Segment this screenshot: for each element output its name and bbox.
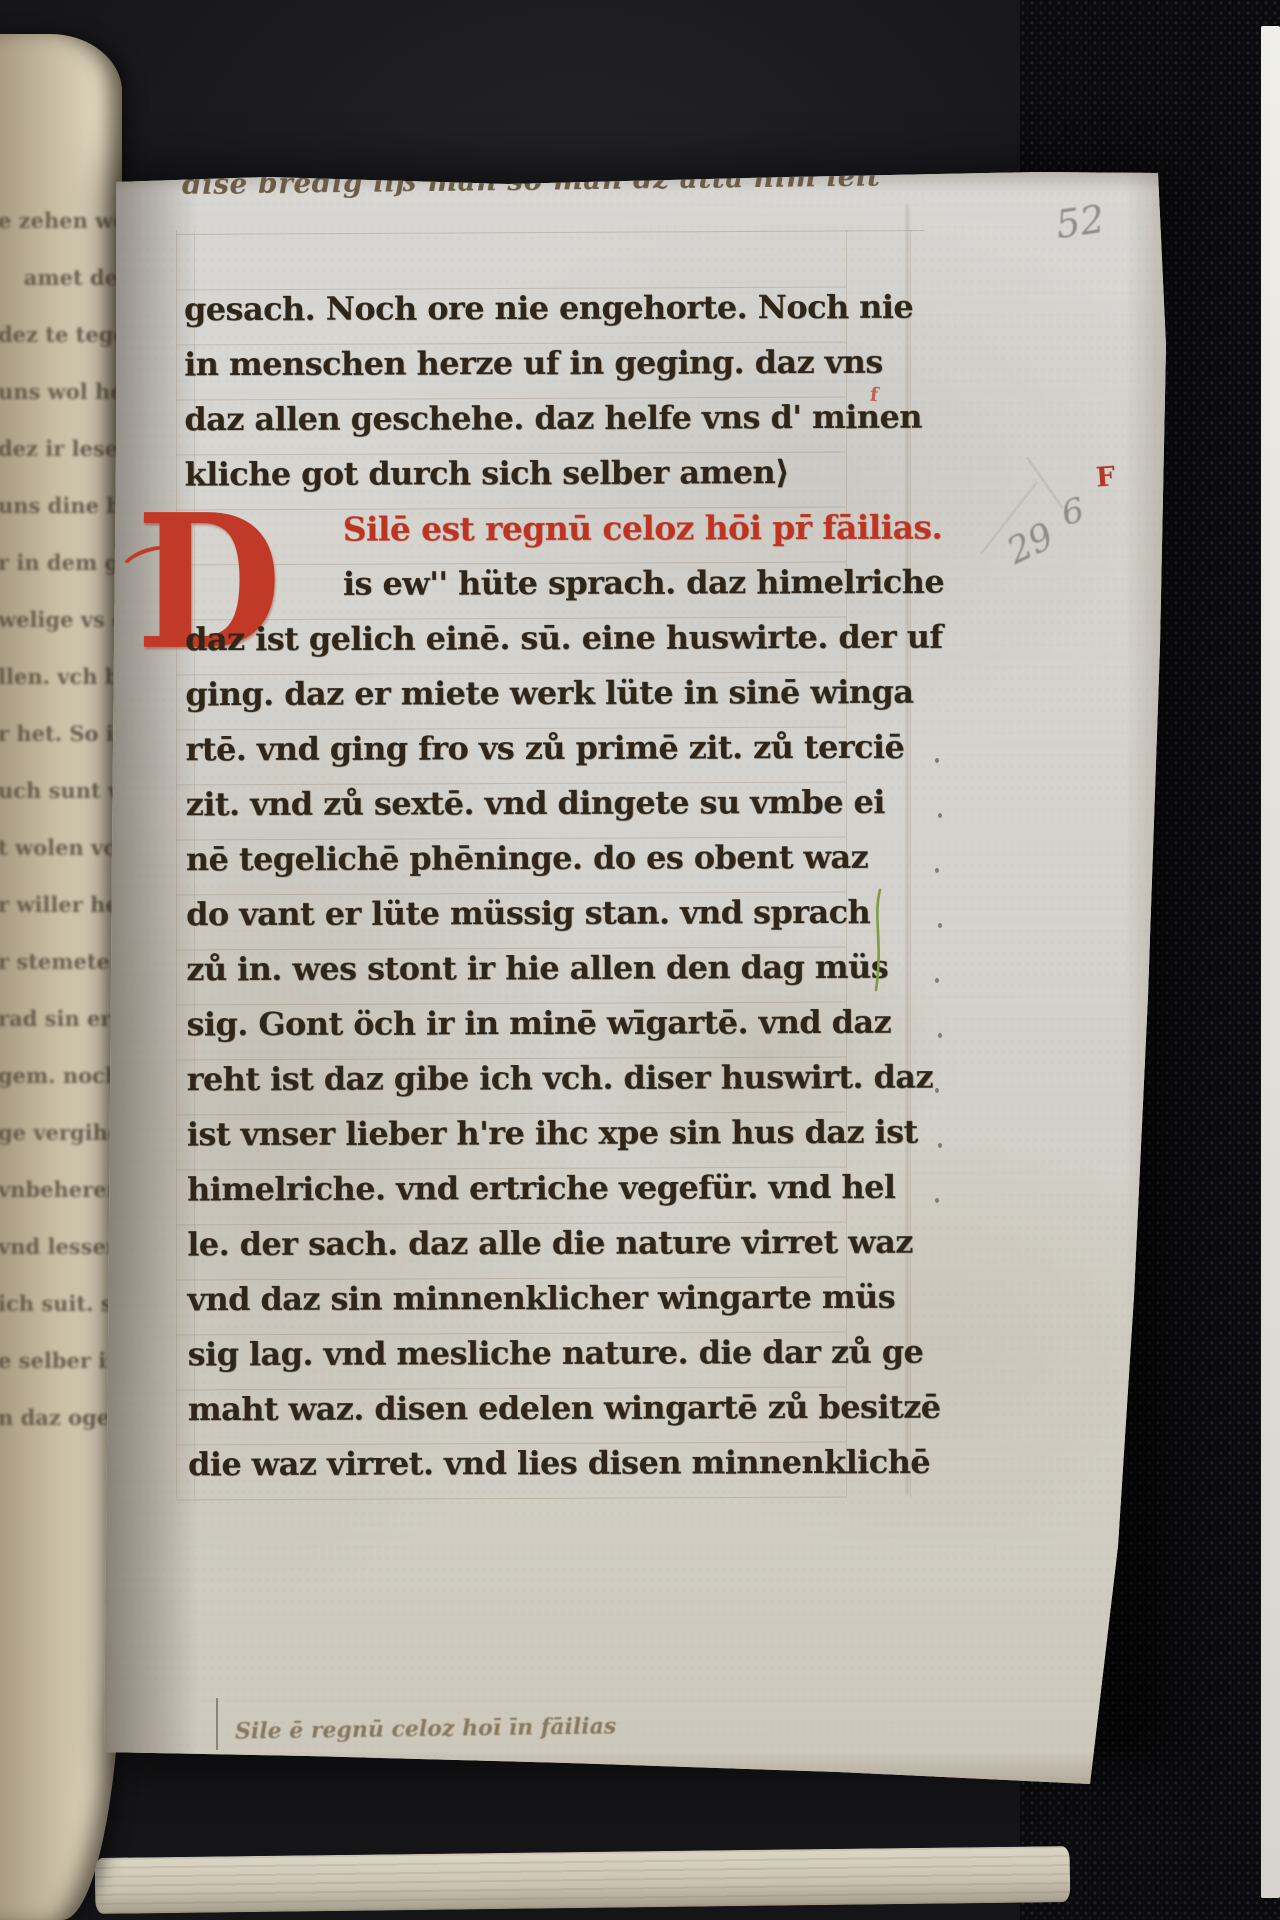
facing-page-text-line: amet de [0, 249, 118, 306]
text-column: gesach. Noch ore nie engehorte. Noch nie… [184, 280, 864, 1492]
pricking-hole [935, 1088, 939, 1093]
pricking-hole [935, 1198, 939, 1203]
facing-page-text-line: llen. vch beg [0, 648, 118, 705]
facing-page-text-line: uns dine bote [0, 477, 118, 534]
manuscript-text-line: sig lag. vnd mesliche nature. die dar zů… [188, 1325, 864, 1382]
facing-page-text-line: t wolen vch [0, 819, 118, 876]
facing-page-text-line: dez te tege [0, 306, 118, 363]
page-content-layer: dise bredig liß man so man dz atta him l… [0, 0, 1280, 1920]
facing-page-text-line: e zehen wo [0, 192, 118, 249]
catchword-tick [216, 1698, 218, 1750]
manuscript-text-line: le. der sach. daz alle die nature virret… [187, 1215, 863, 1272]
pricking-hole [938, 1143, 942, 1148]
pencil-check-stroke [1026, 457, 1063, 509]
manuscript-text-line: ging. daz er miete werk lüte in sinē win… [185, 665, 861, 722]
facing-page-text-fragments: e zehen woamet dedez te tegeuns wol here… [0, 192, 118, 1446]
ruling-line [176, 1497, 846, 1501]
margin-pencil-letter: 6 [1057, 490, 1088, 534]
paragraph-2: is ew'' hüte sprach. daz himelrichedaz i… [185, 555, 864, 1492]
facing-page-text-line: uns wol here [0, 363, 118, 420]
manuscript-text-line: maht waz. disen edelen wingartē zů besit… [188, 1380, 864, 1437]
facing-page-text-line: n daz oge me [0, 1389, 118, 1446]
facing-page-text-line: gem. noch lid [0, 1047, 118, 1104]
left-bounding-line [176, 230, 177, 1498]
manuscript-page: dise bredig liß man so man dz atta him l… [88, 146, 1180, 1806]
facing-page-text-line: ich suit. so lid [0, 1275, 118, 1332]
margin-red-letter: F [1095, 461, 1116, 493]
facing-page-text-line: r het. So in [0, 705, 118, 762]
facing-page-text-line: r willer here [0, 876, 118, 933]
facing-page-text-line: ge vergihde [0, 1104, 118, 1161]
manuscript-text-line: daz allen geschehe. daz helfe vns d' min… [184, 390, 860, 447]
pricking-hole [938, 1033, 942, 1038]
manuscript-text-line: rtē. vnd ging fro vs zů primē zit. zů te… [185, 720, 861, 777]
manuscript-text-line: die waz virret. vnd lies disen minnenkli… [188, 1435, 864, 1492]
facing-page: e zehen woamet dedez te tegeuns wol here… [0, 34, 122, 1920]
paragraph-1: gesach. Noch ore nie engehorte. Noch nie… [184, 280, 861, 502]
manuscript-text-line: kliche got durch sich selber amen⟩ [184, 445, 860, 502]
manuscript-text-line: gesach. Noch ore nie engehorte. Noch nie [184, 280, 860, 337]
facing-page-text-line: welige vs de [0, 591, 118, 648]
pricking-hole [935, 758, 939, 763]
manuscript-text-line: in menschen herze uf in geging. daz vns [184, 335, 860, 392]
facing-page-text-line: uch sunt wol [0, 762, 118, 819]
manuscript-text-line: sig. Gont öch ir in minē wīgartē. vnd da… [186, 995, 862, 1052]
facing-page-text-line: vnd lessent [0, 1218, 118, 1275]
pricking-hole [938, 813, 942, 818]
manuscript-text-line: zů in. wes stont ir hie allen den dag mü… [186, 940, 862, 997]
manuscript-text-line: do vant er lüte müssig stan. vnd sprach [186, 885, 862, 942]
manuscript-text-line: himelriche. vnd ertriche vegefür. vnd he… [187, 1160, 863, 1217]
facing-page-text-line: r in dem ge [0, 534, 118, 591]
manuscript-text-line: nē tegelichē phēninge. do es obent waz [186, 830, 862, 887]
manuscript-text-line: vnd daz sin minnenklicher wingarte müs [187, 1270, 863, 1327]
photo-background: e zehen woamet dedez te tegeuns wol here… [0, 0, 1280, 1920]
facing-page-text-line: r stemete h [0, 933, 118, 990]
pricking-hole [938, 923, 942, 928]
manuscript-text-line: daz ist gelich einē. sū. eine huswirte. … [185, 610, 861, 667]
margin-pencil-number: 29 [1001, 516, 1060, 573]
manuscript-text-line: is ew'' hüte sprach. daz himelriche [343, 555, 861, 612]
facing-page-text-line: rad sin ere [0, 990, 118, 1047]
green-fiber [870, 888, 886, 996]
catchword: Sile ē regnū celoz hoī īn fāilias [235, 1713, 617, 1744]
facing-page-text-line: vnbeherend [0, 1161, 118, 1218]
manuscript-text-line: reht ist daz gibe ich vch. diser huswirt… [187, 1050, 863, 1107]
mat-edge-strip [1261, 26, 1280, 1898]
book-block-bottom-edge [95, 1846, 1071, 1914]
folio-number-pencil: 52 [1053, 197, 1107, 247]
header-ruling-line [176, 230, 924, 235]
manuscript-text-line: ist vnser lieber h're ihc xpe sin hus da… [187, 1105, 863, 1162]
facing-page-text-line: dez ir lese [0, 420, 118, 477]
pricking-hole [935, 868, 939, 873]
pricking-hole [935, 978, 939, 983]
facing-page-text-line: e selber in w [0, 1332, 118, 1389]
rubric-line: Silē est regnū celoz hōi pr̄ fāilias. [343, 500, 861, 557]
manuscript-text-line: zit. vnd zů sextē. vnd dingete su vmbe e… [186, 775, 862, 832]
